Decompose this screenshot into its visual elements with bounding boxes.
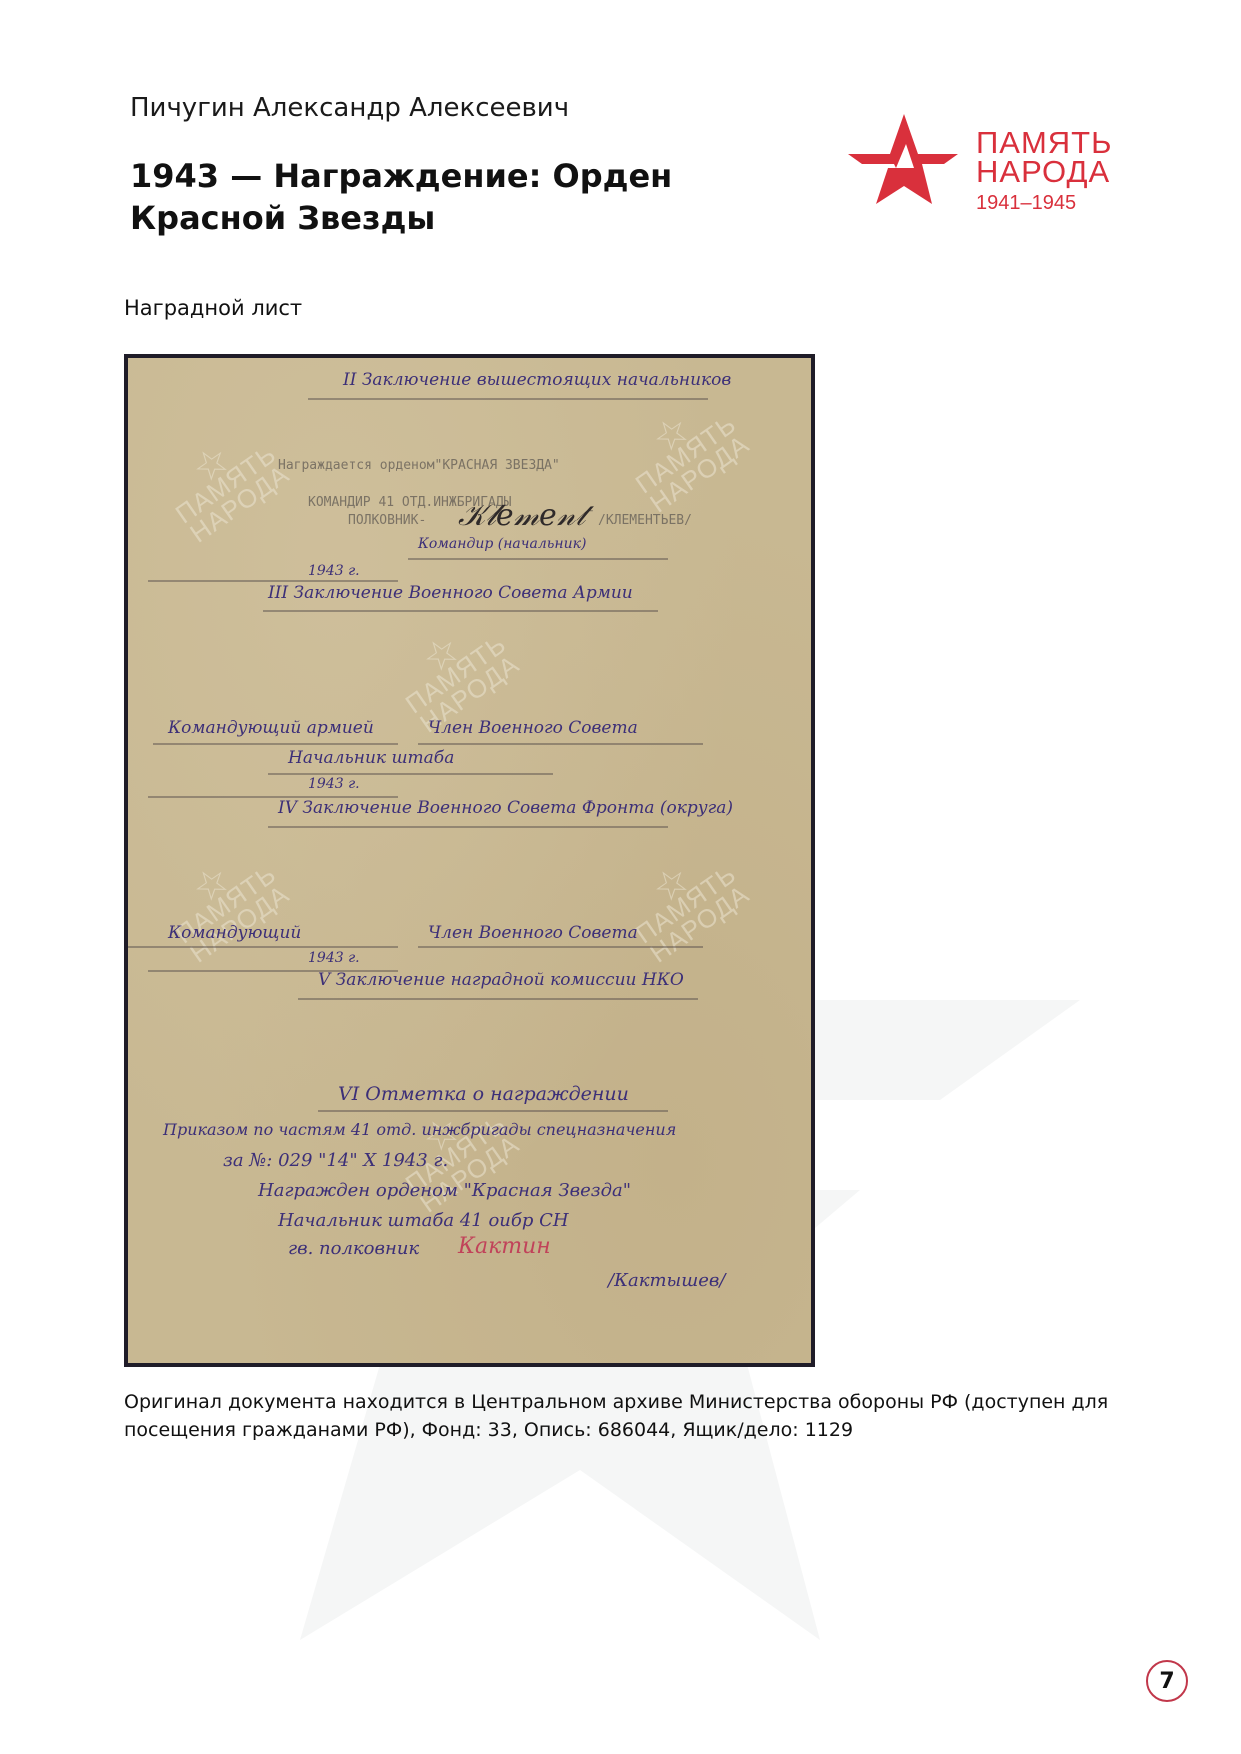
title-line-2: Красной Звезды bbox=[130, 197, 750, 239]
rule bbox=[418, 946, 703, 948]
person-name: Пичугин Александр Алексеевич bbox=[130, 93, 569, 123]
pamyat-naroda-logo: ПАМЯТЬ НАРОДА 1941–1945 bbox=[848, 112, 1138, 222]
rule bbox=[148, 580, 398, 582]
page-title: 1943 — Награждение: Орден Красной Звезды bbox=[130, 155, 750, 239]
caption-line-1: Оригинал документа находится в Центральн… bbox=[124, 1388, 1124, 1416]
logo-years: 1941–1945 bbox=[976, 192, 1076, 215]
handwritten-line: 1943 г. bbox=[308, 776, 360, 792]
rule bbox=[263, 610, 658, 612]
handwritten-line: Член Военного Совета bbox=[428, 718, 638, 738]
handwritten-line: Командующий bbox=[168, 923, 301, 943]
handwritten-line: гв. полковник bbox=[288, 1238, 419, 1259]
rule bbox=[268, 826, 668, 828]
logo-title-line-2: НАРОДА bbox=[976, 156, 1110, 187]
typed-line: /КЛЕМЕНТЬЕВ/ bbox=[598, 513, 692, 528]
red-star-icon bbox=[848, 112, 958, 217]
handwritten-line: Начальник штаба bbox=[288, 748, 454, 768]
rule bbox=[418, 743, 703, 745]
red-signature: Кактин bbox=[458, 1234, 551, 1259]
handwritten-line: Начальник штаба 41 оибр СН bbox=[278, 1210, 569, 1231]
document-label: Наградной лист bbox=[124, 296, 302, 320]
rule bbox=[408, 558, 668, 560]
handwritten-line: V Заключение наградной комиссии НКО bbox=[318, 970, 684, 990]
handwritten-line: IV Заключение Военного Совета Фронта (ок… bbox=[278, 798, 733, 818]
handwritten-line: VI Отметка о награждении bbox=[338, 1083, 629, 1105]
handwritten-line: Член Военного Совета bbox=[428, 923, 638, 943]
page-number: 7 bbox=[1146, 1660, 1188, 1702]
handwritten-line: Командир (начальник) bbox=[418, 536, 586, 552]
handwritten-line: за №: 029 "14" X 1943 г. bbox=[223, 1150, 448, 1171]
handwritten-line: II Заключение вышестоящих начальников bbox=[343, 370, 731, 390]
handwritten-line: Приказом по частям 41 отд. инжбригады сп… bbox=[163, 1120, 676, 1139]
caption-line-2: посещения гражданами РФ), Фонд: 33, Опис… bbox=[124, 1416, 1124, 1444]
typed-line: Награждается орденом"КРАСНАЯ ЗВЕЗДА" bbox=[278, 458, 560, 473]
title-line-1: 1943 — Награждение: Орден bbox=[130, 155, 750, 197]
rule bbox=[308, 398, 708, 400]
handwritten-line: III Заключение Военного Совета Армии bbox=[268, 583, 633, 603]
rule bbox=[298, 998, 698, 1000]
rule bbox=[268, 773, 553, 775]
handwritten-line: /Кактышев/ bbox=[608, 1270, 725, 1291]
page-number-text: 7 bbox=[1159, 1669, 1174, 1694]
handwritten-line: Награжден орденом "Красная Звезда" bbox=[258, 1180, 631, 1201]
typed-line: ПОЛКОВНИК- bbox=[348, 513, 426, 528]
rule bbox=[128, 946, 398, 948]
handwritten-line: 1943 г. bbox=[308, 563, 360, 579]
rule bbox=[153, 743, 398, 745]
rule bbox=[318, 1110, 668, 1112]
handwritten-line: 1943 г. bbox=[308, 950, 360, 966]
archive-caption: Оригинал документа находится в Центральн… bbox=[124, 1388, 1124, 1444]
document-scan-image: ☆ ПАМЯТЬ НАРОДА ☆ ПАМЯТЬ НАРОДА ☆ ПАМЯТЬ… bbox=[124, 354, 815, 1367]
signature: 𝒦𝓁𝑒𝓂𝑒𝓃𝓉 bbox=[458, 498, 586, 533]
handwritten-line: Командующий армией bbox=[168, 718, 374, 738]
